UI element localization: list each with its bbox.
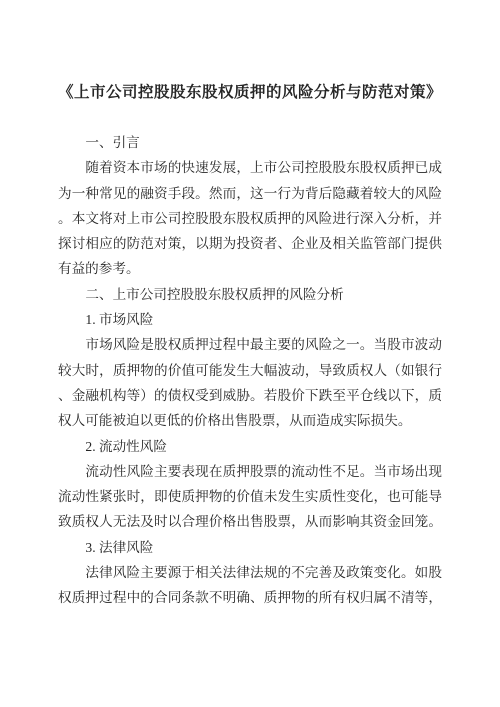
text-line: 1. 市场风险 (58, 307, 442, 332)
text-line: 市场风险是股权质押过程中最主要的风险之一。当股市波动 (58, 332, 442, 357)
text-line: 3. 法律风险 (58, 535, 442, 560)
text-line: 致质权人无法及时以合理价格出售股票，从而影响其资金回笼。 (58, 509, 442, 534)
text-line: 探讨相应的防范对策，以期为投资者、企业及相关监管部门提供 (58, 231, 442, 256)
document-title: 《上市公司控股股东股权质押的风险分析与防范对策》 (58, 0, 442, 105)
text-line: 。本文将对上市公司控股股东股权质押的风险进行深入分析，并 (58, 206, 442, 231)
text-line: 流动性风险主要表现在质押股票的流动性不足。当市场出现 (58, 459, 442, 484)
text-line: 一、引言 (58, 130, 442, 155)
text-line: 权质押过程中的合同条款不明确、质押物的所有权归属不清等， (58, 585, 442, 610)
page-container: 《上市公司控股股东股权质押的风险分析与防范对策》 一、引言随着资本市场的快速发展… (0, 0, 500, 707)
text-line: 法律风险主要源于相关法律法规的不完善及政策变化。如股 (58, 560, 442, 585)
text-line: 流动性紧张时，即使质押物的价值未发生实质性变化，也可能导 (58, 484, 442, 509)
text-line: 为一种常见的融资手段。然而，这一行为背后隐藏着较大的风险 (58, 181, 442, 206)
text-line: 有益的参考。 (58, 256, 442, 281)
text-line: 2. 流动性风险 (58, 434, 442, 459)
text-line: 权人可能被迫以更低的价格出售股票，从而造成实际损失。 (58, 408, 442, 433)
text-line: 随着资本市场的快速发展，上市公司控股股东股权质押已成 (58, 155, 442, 180)
text-line: 、金融机构等）的债权受到威胁。若股价下跌至平仓线以下，质 (58, 383, 442, 408)
document-body: 一、引言随着资本市场的快速发展，上市公司控股股东股权质押已成为一种常见的融资手段… (58, 130, 442, 611)
text-line: 二、上市公司控股股东股权质押的风险分析 (58, 282, 442, 307)
text-line: 较大时，质押物的价值可能发生大幅波动，导致质权人（如银行 (58, 358, 442, 383)
